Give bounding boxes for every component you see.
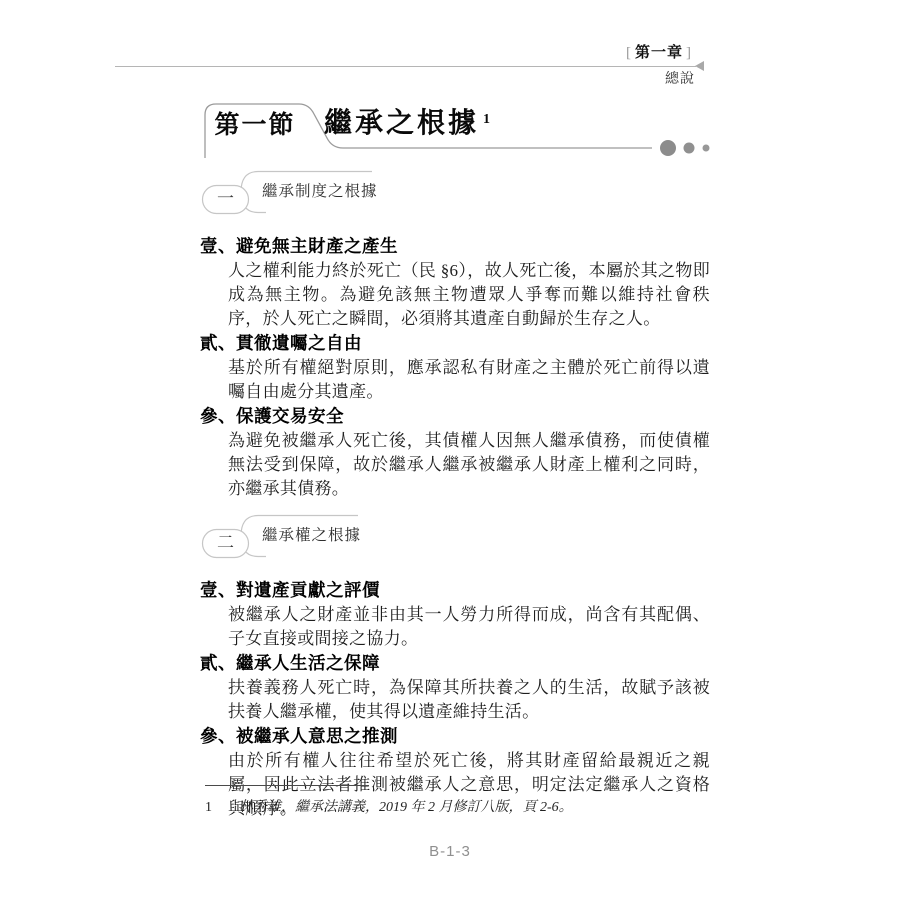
item-heading: 參、保護交易安全 bbox=[200, 404, 710, 429]
content-column: 一 繼承制度之根據 壹、避免無主財產之產生 人之權利能力終於死亡（民 §6），故… bbox=[200, 168, 710, 821]
footnote-reference-mark: 1 bbox=[483, 112, 490, 127]
section-number-label: 第一節 bbox=[205, 105, 305, 141]
dot-large bbox=[660, 140, 676, 156]
subsection-header-2: 二 繼承權之根據 bbox=[200, 512, 600, 562]
chapter-tag: [第一章] bbox=[623, 41, 695, 62]
page-number: B-1-3 bbox=[0, 843, 900, 860]
subsection-1-items: 壹、避免無主財產之產生 人之權利能力終於死亡（民 §6），故人死亡後，本屬於其之… bbox=[200, 234, 710, 501]
chapter-bracket-right: ] bbox=[683, 45, 695, 61]
chapter-header-rule bbox=[115, 66, 696, 67]
subsection-header-1: 一 繼承制度之根據 bbox=[200, 168, 600, 218]
chapter-arrow-icon bbox=[695, 61, 704, 71]
item-heading: 壹、避免無主財產之產生 bbox=[200, 234, 710, 259]
section-title: 繼承之根據1 bbox=[324, 101, 490, 141]
footnote-separator-rule bbox=[205, 785, 369, 786]
dot-small bbox=[703, 145, 710, 152]
chapter-subtitle: 總說 bbox=[665, 68, 695, 88]
item-body: 被繼承人之財產並非由其一人勞力所得而成，尚含有其配偶、子女直接或間接之協力。 bbox=[228, 603, 710, 651]
item-heading: 參、被繼承人意思之推測 bbox=[200, 724, 710, 749]
footnote-number: 1 bbox=[205, 800, 239, 816]
section-title-text: 繼承之根據 bbox=[324, 108, 479, 139]
book-page: { "chapter": { "bracket_left": "[", "tag… bbox=[0, 0, 900, 900]
item-body: 扶養義務人死亡時，為保障其所扶養之人的生活，故賦予該被扶養人繼承權，使其得以遺產… bbox=[228, 676, 710, 724]
subsection-title: 繼承權之根據 bbox=[262, 512, 361, 560]
footnote-text: 林秀雄，繼承法講義，2019 年 2 月修訂八版，頁 2-6。 bbox=[239, 800, 573, 815]
subsection-number: 一 bbox=[202, 185, 249, 213]
item-body: 為避免被繼承人死亡後，其債權人因無人繼承債務，而使債權無法受到保障，故於繼承人繼… bbox=[228, 429, 710, 501]
subsection-header-outline bbox=[200, 512, 600, 564]
dot-medium bbox=[684, 143, 695, 154]
footnote: 1林秀雄，繼承法講義，2019 年 2 月修訂八版，頁 2-6。 bbox=[205, 796, 710, 816]
item-body: 基於所有權絕對原則，應承認私有財產之主體於死亡前得以遺囑自由處分其遺產。 bbox=[228, 356, 710, 404]
chapter-bracket-left: [ bbox=[623, 45, 635, 61]
subsection-header-outline bbox=[200, 168, 600, 220]
item-body: 人之權利能力終於死亡（民 §6），故人死亡後，本屬於其之物即成為無主物。為避免該… bbox=[228, 259, 710, 331]
subsection-number: 二 bbox=[202, 529, 249, 557]
subsection-title: 繼承制度之根據 bbox=[262, 168, 378, 216]
item-heading: 壹、對遺產貢獻之評價 bbox=[200, 578, 710, 603]
item-heading: 貳、貫徹遺囑之自由 bbox=[200, 331, 710, 356]
chapter-tag-label: 第一章 bbox=[635, 45, 683, 61]
item-heading: 貳、繼承人生活之保障 bbox=[200, 651, 710, 676]
